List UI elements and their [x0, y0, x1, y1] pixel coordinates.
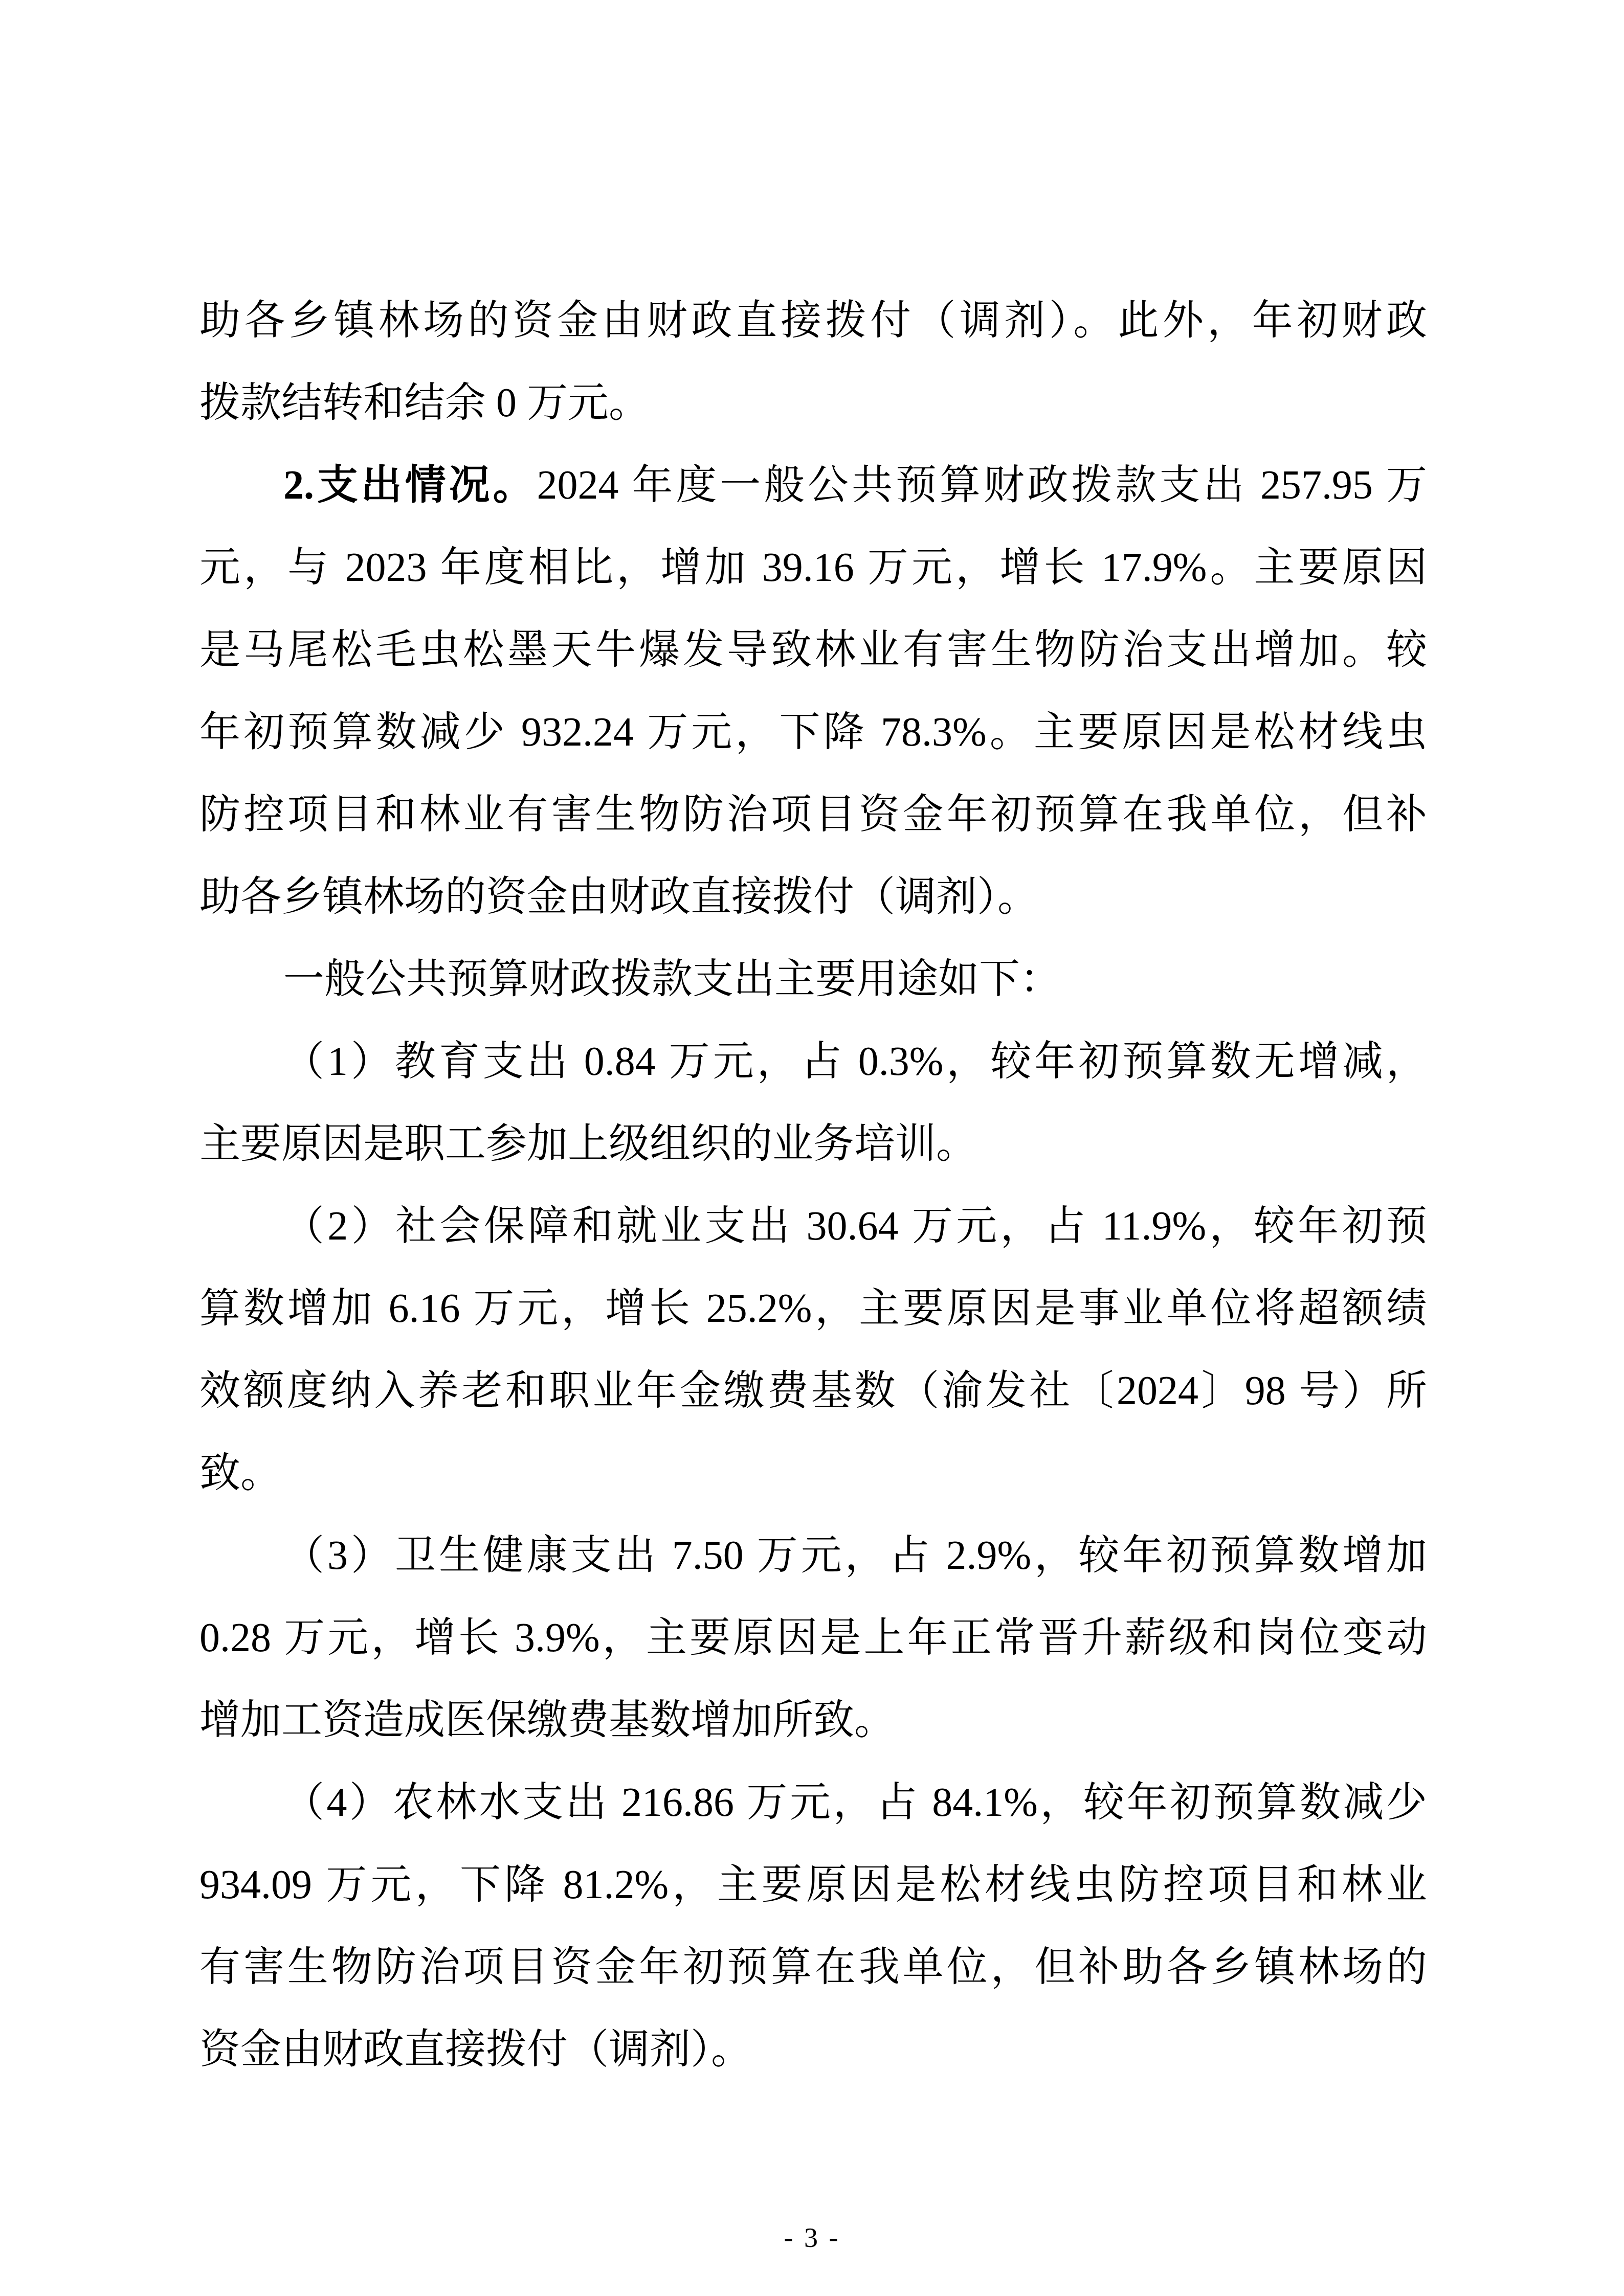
body-line: 拨款结转和结余 0 万元。 [199, 362, 1427, 444]
body-line: 算数增加 6.16 万元，增长 25.2%，主要原因是事业单位将超额绩 [199, 1268, 1427, 1350]
body-line: （1）教育支出 0.84 万元，占 0.3%，较年初预算数无增减， [199, 1021, 1427, 1103]
body-line: 致。 [199, 1432, 1427, 1515]
body-line: 一般公共预算财政拨款支出主要用途如下： [199, 938, 1427, 1021]
body-line: 效额度纳入养老和职业年金缴费基数（渝发社〔2024〕98 号）所 [199, 1350, 1427, 1432]
body-line: 元，与 2023 年度相比，增加 39.16 万元，增长 17.9%。主要原因 [199, 527, 1427, 609]
body-line: 资金由财政直接拨付（调剂）。 [199, 2009, 1427, 2091]
body-line: （2）社会保障和就业支出 30.64 万元，占 11.9%，较年初预 [199, 1185, 1427, 1268]
body-line: 助各乡镇林场的资金由财政直接拨付（调剂）。 [199, 856, 1427, 938]
body-line: 是马尾松毛虫松墨天牛爆发导致林业有害生物防治支出增加。较 [199, 609, 1427, 691]
body-line: 2.支出情况。2024 年度一般公共预算财政拨款支出 257.95 万 [199, 444, 1427, 527]
body-line: 年初预算数减少 932.24 万元，下降 78.3%。主要原因是松材线虫 [199, 691, 1427, 774]
body-line: 增加工资造成医保缴费基数增加所致。 [199, 1679, 1427, 1762]
body-line: （4）农林水支出 216.86 万元，占 84.1%，较年初预算数减少 [199, 1762, 1427, 1844]
section-heading: 2.支出情况。 [283, 463, 537, 508]
body-line: 有害生物防治项目资金年初预算在我单位，但补助各乡镇林场的 [199, 1926, 1427, 2009]
body-line-text: 2024 年度一般公共预算财政拨款支出 257.95 万 [537, 463, 1427, 508]
body-line: 助各乡镇林场的资金由财政直接拨付（调剂）。此外，年初财政 [199, 280, 1427, 362]
page-number: - 3 - [0, 2222, 1624, 2253]
body-line: 防控项目和林业有害生物防治项目资金年初预算在我单位，但补 [199, 774, 1427, 856]
body-line: 主要原因是职工参加上级组织的业务培训。 [199, 1103, 1427, 1185]
body-line: 0.28 万元，增长 3.9%，主要原因是上年正常晋升薪级和岗位变动 [199, 1597, 1427, 1679]
document-body: 助各乡镇林场的资金由财政直接拨付（调剂）。此外，年初财政 拨款结转和结余 0 万… [199, 280, 1427, 2091]
body-line: （3）卫生健康支出 7.50 万元，占 2.9%，较年初预算数增加 [199, 1515, 1427, 1597]
body-line: 934.09 万元，下降 81.2%，主要原因是松材线虫防控项目和林业 [199, 1844, 1427, 1926]
document-page: 助各乡镇林场的资金由财政直接拨付（调剂）。此外，年初财政 拨款结转和结余 0 万… [0, 0, 1624, 2296]
